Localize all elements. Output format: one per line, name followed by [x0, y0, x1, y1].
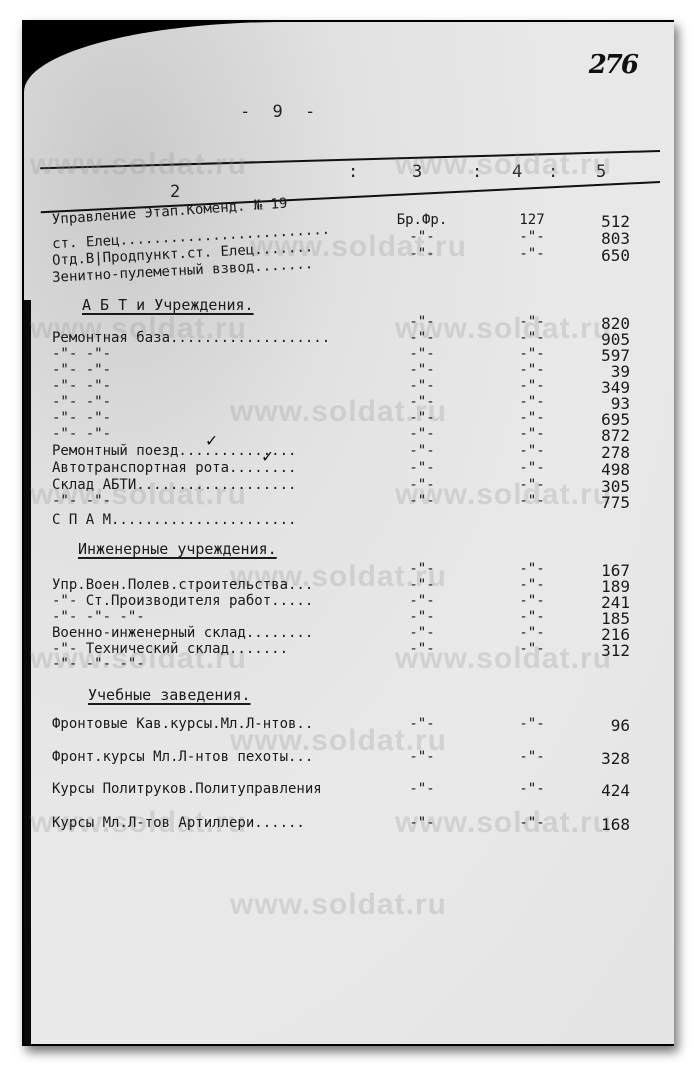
- table-row: -"- -"- 167: [52, 561, 652, 577]
- table-row: С П А М......................: [52, 512, 652, 528]
- table-row: -"- -"- -"- -"- 695: [52, 410, 652, 426]
- column-sep: :: [472, 162, 482, 182]
- table-row: Курсы Мл.Л-тов Артиллери...... -"- -"- 1…: [52, 815, 652, 831]
- table-row: Фронт.курсы Мл.Л-нтов пехоты... -"- -"- …: [52, 749, 652, 765]
- table-row: -"- -"- -"- -"- -"- 185: [52, 609, 652, 625]
- table-row: -"- Ст.Производителя работ..... -"- -"- …: [52, 593, 652, 609]
- table-row: Отд.В|Продпункт.ст. Елец....... -"- -"- …: [52, 246, 652, 262]
- checkmark-icon: ✓: [206, 430, 217, 451]
- table-row: Фронтовые Кав.курсы.Мл.Л-нтов.. -"- -"- …: [52, 716, 652, 732]
- column-header-3: 3: [412, 162, 422, 182]
- table-row: ст. Елец......................... -"- -"…: [52, 229, 652, 245]
- table-row: Упр.Воен.Полев.строительства... -"- -"- …: [52, 577, 652, 593]
- section-title-engineering: Инженерные учреждения.: [78, 540, 277, 558]
- page-number: - 9 -: [240, 102, 321, 122]
- table-row: Зенитно-пулеметный взвод.......: [52, 263, 652, 279]
- checkmark-icon: ✓: [262, 446, 273, 467]
- table-row: -"- -"- -"- -"- 597: [52, 346, 652, 362]
- table-row: Бр.Фр. 127 512: [52, 212, 652, 228]
- column-header-2: 2: [170, 182, 180, 202]
- table-row: -"- -"- -"-: [52, 656, 652, 672]
- table-row: Ремонтный поезд.............. -"- -"- 27…: [52, 443, 652, 459]
- table-row: Ремонтная база................... -"- -"…: [52, 330, 652, 346]
- table-row: Склад АБТИ................... -"- -"- 30…: [52, 477, 652, 493]
- binding-edge: [24, 300, 31, 1044]
- column-sep: :: [348, 162, 358, 182]
- section-title-abt: А Б Т и Учреждения.: [82, 296, 254, 314]
- table-row: Автотранспортная рота........ -"- -"- 49…: [52, 460, 652, 476]
- folio-number: 276: [589, 50, 637, 80]
- table-row: -"- -"- -"- -"- 349: [52, 378, 652, 394]
- table-row: -"- -"- -"- -"- 93: [52, 394, 652, 410]
- table-row: -"- Технический склад....... -"- -"- 312: [52, 641, 652, 657]
- table-row: Военно-инженерный склад........ -"- -"- …: [52, 625, 652, 641]
- table-row: -"- -"- 820: [52, 314, 652, 330]
- table-row: -"- -"- -"- -"- 872: [52, 426, 652, 442]
- table-row: Курсы Политруков.Политуправления -"- -"-…: [52, 781, 652, 797]
- table-row: -"- -"- -"- -"- 39: [52, 362, 652, 378]
- table-row: -"- -"- -"- -"- 775: [52, 493, 652, 509]
- section-title-education: Учебные заведения.: [88, 686, 251, 704]
